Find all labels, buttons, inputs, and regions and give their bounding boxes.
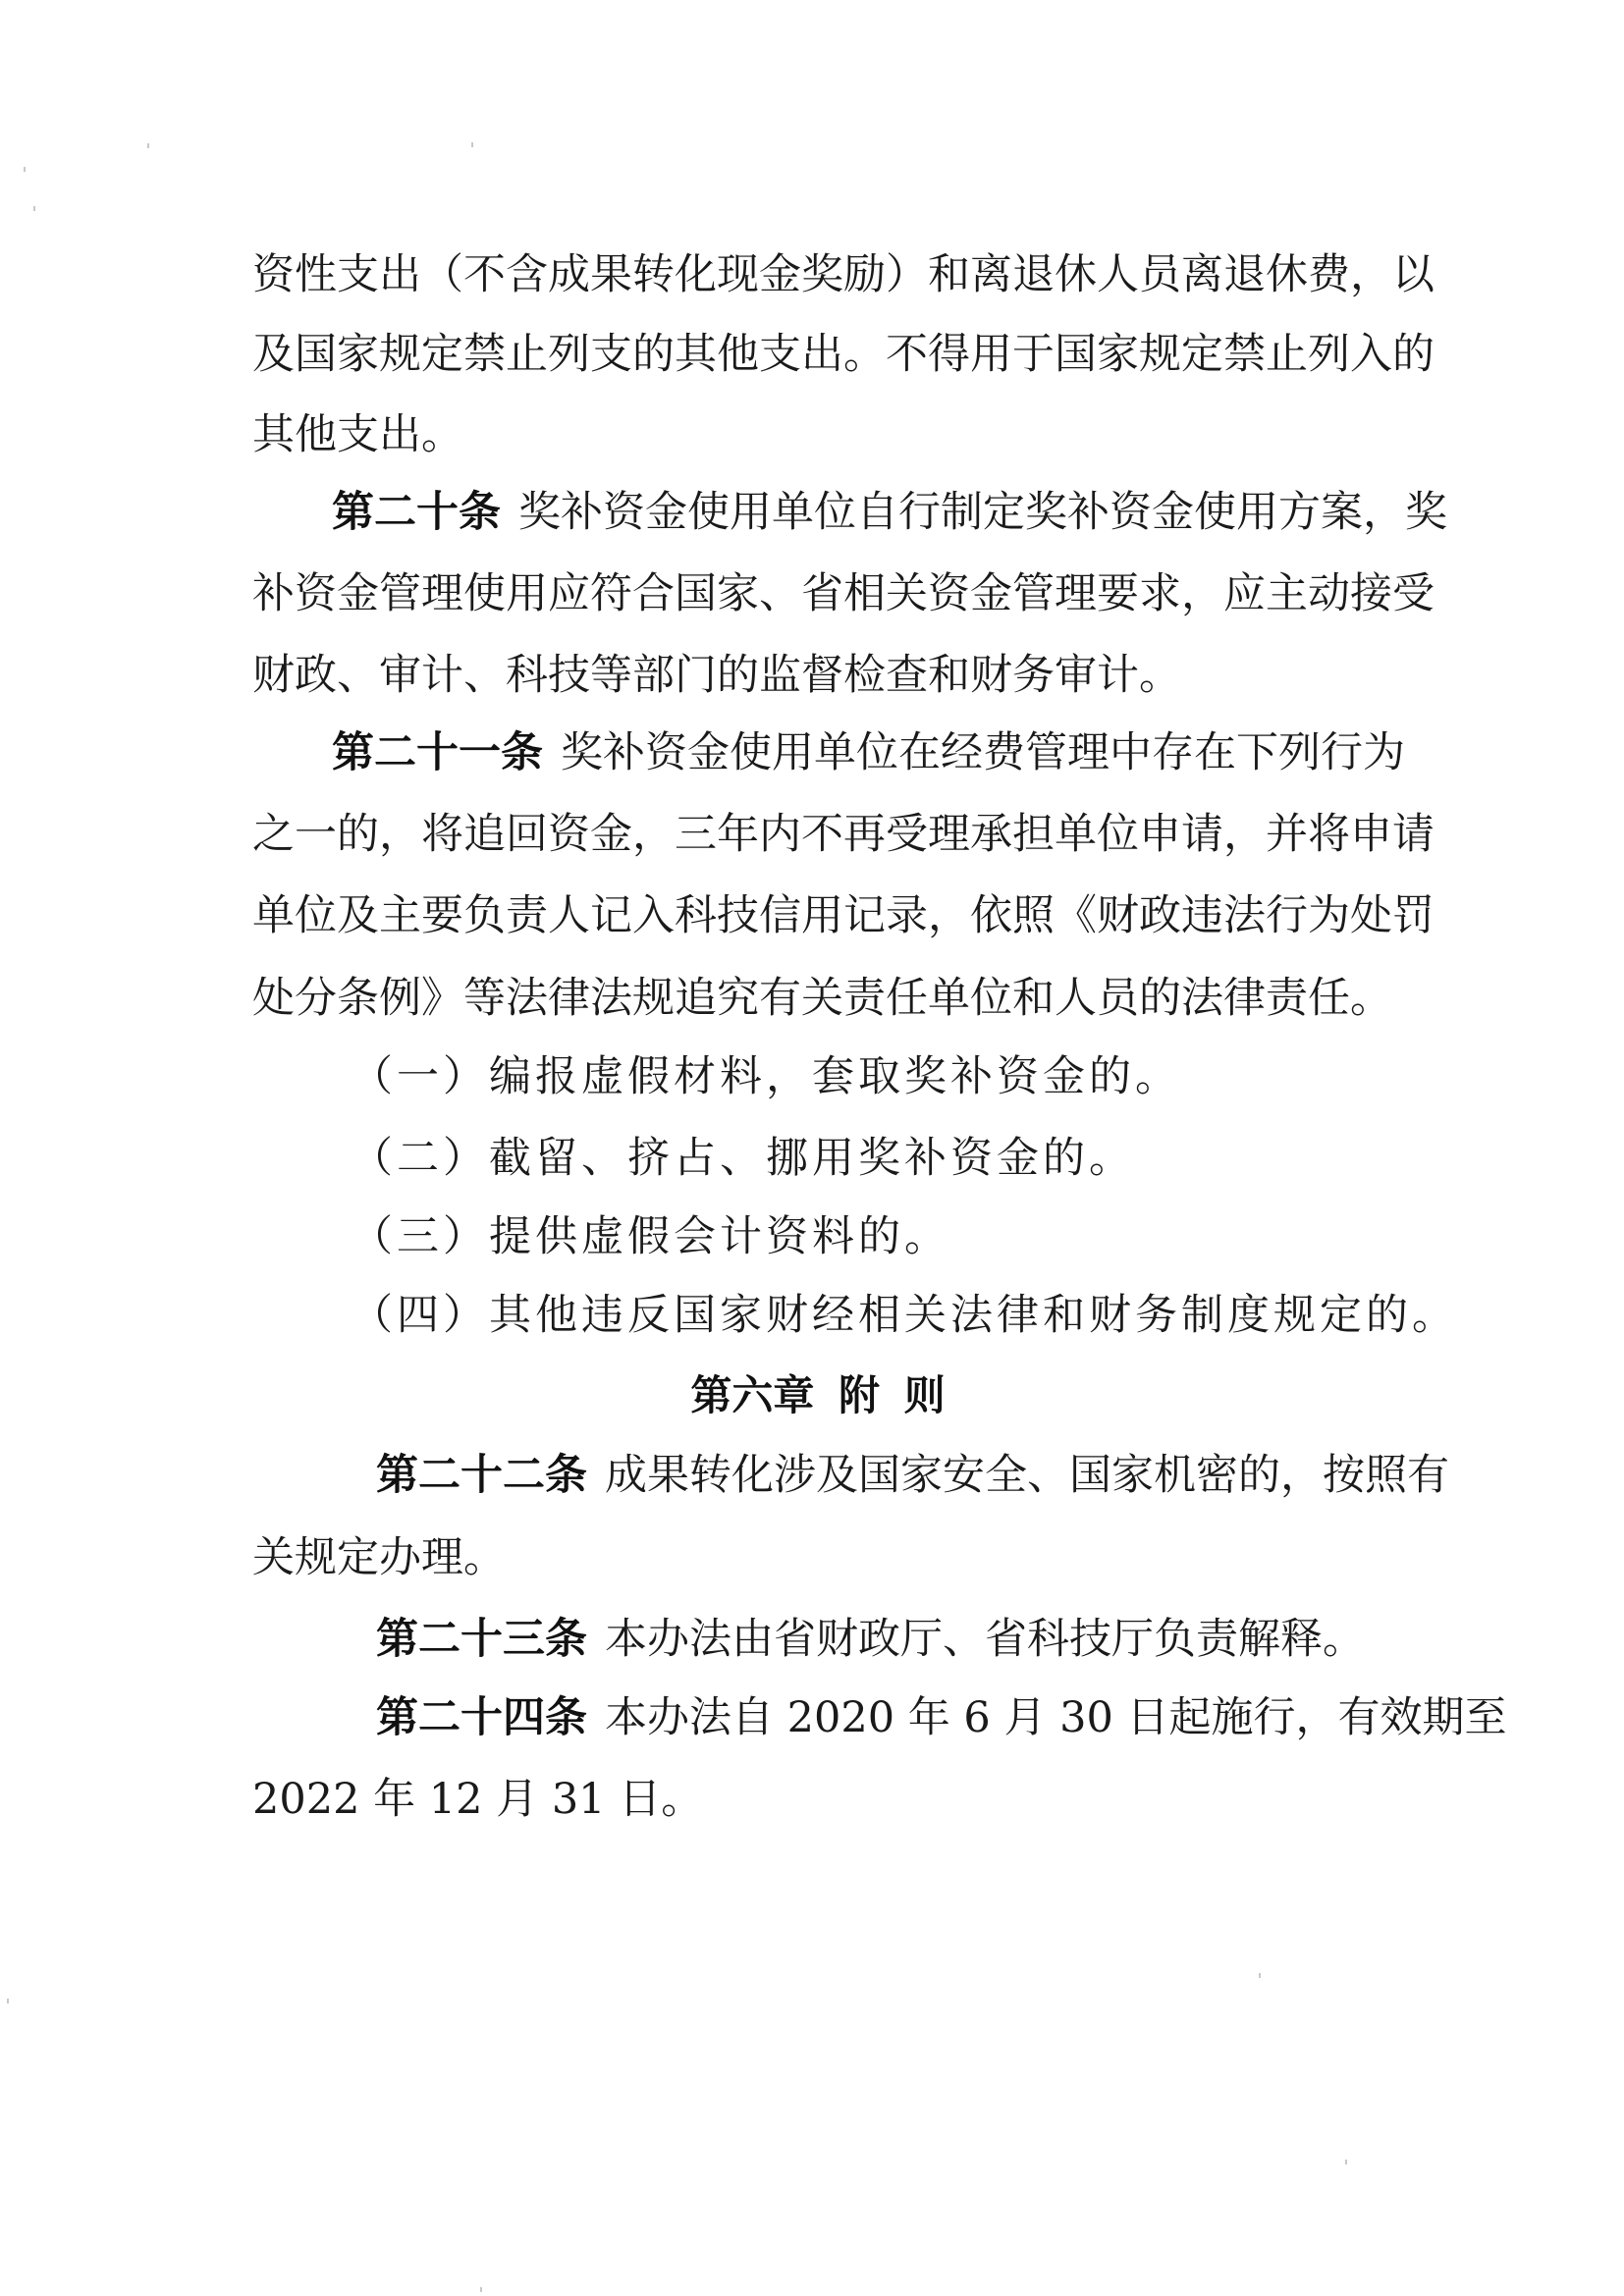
article-24-text: 本办法自 2020 年 6 月 30 日起施行，有效期至 bbox=[605, 1693, 1507, 1742]
scan-speck bbox=[7, 1999, 9, 2003]
list-item: （四）其他违反国家财经相关法律和财务制度规定的。 bbox=[351, 1288, 1380, 1343]
article-24-label: 第二十四条 bbox=[376, 1693, 587, 1742]
scan-speck bbox=[33, 206, 35, 211]
paragraph-line: 财政、审计、科技等部门的监督检查和财务审计。 bbox=[252, 648, 1380, 703]
article-23-label: 第二十三条 bbox=[376, 1615, 587, 1664]
article-22-first-line: 第二十二条成果转化涉及国家安全、国家机密的，按照有 bbox=[376, 1448, 1380, 1503]
article-21-label: 第二十一条 bbox=[332, 728, 543, 777]
document-page: 资性支出（不含成果转化现金奖励）和离退休人员离退休费，以 及国家规定禁止列支的其… bbox=[0, 0, 1624, 2296]
scan-speck bbox=[24, 167, 26, 172]
article-21-text: 奖补资金使用单位在经费管理中存在下列行为 bbox=[561, 728, 1405, 777]
article-23-line: 第二十三条本办法由省财政厅、省科技厅负责解释。 bbox=[376, 1612, 1380, 1667]
paragraph-line: 补资金管理使用应符合国家、省相关资金管理要求，应主动接受 bbox=[252, 566, 1380, 621]
scan-speck bbox=[147, 143, 149, 148]
paragraph-line: 处分条例》等法律法规追究有关责任单位和人员的法律责任。 bbox=[252, 971, 1380, 1026]
paragraph-line: 2022 年 12 月 31 日。 bbox=[252, 1772, 1380, 1827]
article-23-text: 本办法由省财政厅、省科技厅负责解释。 bbox=[605, 1615, 1365, 1664]
article-24-first-line: 第二十四条本办法自 2020 年 6 月 30 日起施行，有效期至 bbox=[376, 1690, 1380, 1745]
list-item: （一）编报虚假材料，套取奖补资金的。 bbox=[351, 1049, 1380, 1104]
scan-speck bbox=[1259, 1973, 1261, 1978]
paragraph-line: 关规定办理。 bbox=[252, 1530, 1380, 1585]
article-20-label: 第二十条 bbox=[332, 488, 501, 537]
article-21-first-line: 第二十一条奖补资金使用单位在经费管理中存在下列行为 bbox=[332, 725, 1380, 780]
paragraph-line: 资性支出（不含成果转化现金奖励）和离退休人员离退休费，以 bbox=[252, 247, 1380, 302]
paragraph-line: 及国家规定禁止列支的其他支出。不得用于国家规定禁止列入的 bbox=[252, 327, 1380, 382]
list-item: （二）截留、挤占、挪用奖补资金的。 bbox=[351, 1131, 1380, 1186]
paragraph-line: 之一的，将追回资金，三年内不再受理承担单位申请，并将申请 bbox=[252, 807, 1380, 862]
scan-speck bbox=[471, 142, 473, 147]
list-item: （三）提供虚假会计资料的。 bbox=[351, 1209, 1380, 1264]
scan-speck bbox=[1345, 2160, 1347, 2164]
article-22-text: 成果转化涉及国家安全、国家机密的，按照有 bbox=[605, 1451, 1449, 1500]
paragraph-line: 其他支出。 bbox=[252, 407, 1380, 462]
chapter-heading: 第六章 附 则 bbox=[0, 1368, 1624, 1423]
paragraph-line: 单位及主要负责人记入科技信用记录，依照《财政违法行为处罚 bbox=[252, 888, 1380, 943]
article-22-label: 第二十二条 bbox=[376, 1451, 587, 1500]
scan-speck bbox=[480, 2287, 482, 2292]
article-20-text: 奖补资金使用单位自行制定奖补资金使用方案，奖 bbox=[518, 488, 1447, 537]
article-20-first-line: 第二十条奖补资金使用单位自行制定奖补资金使用方案，奖 bbox=[332, 485, 1380, 540]
